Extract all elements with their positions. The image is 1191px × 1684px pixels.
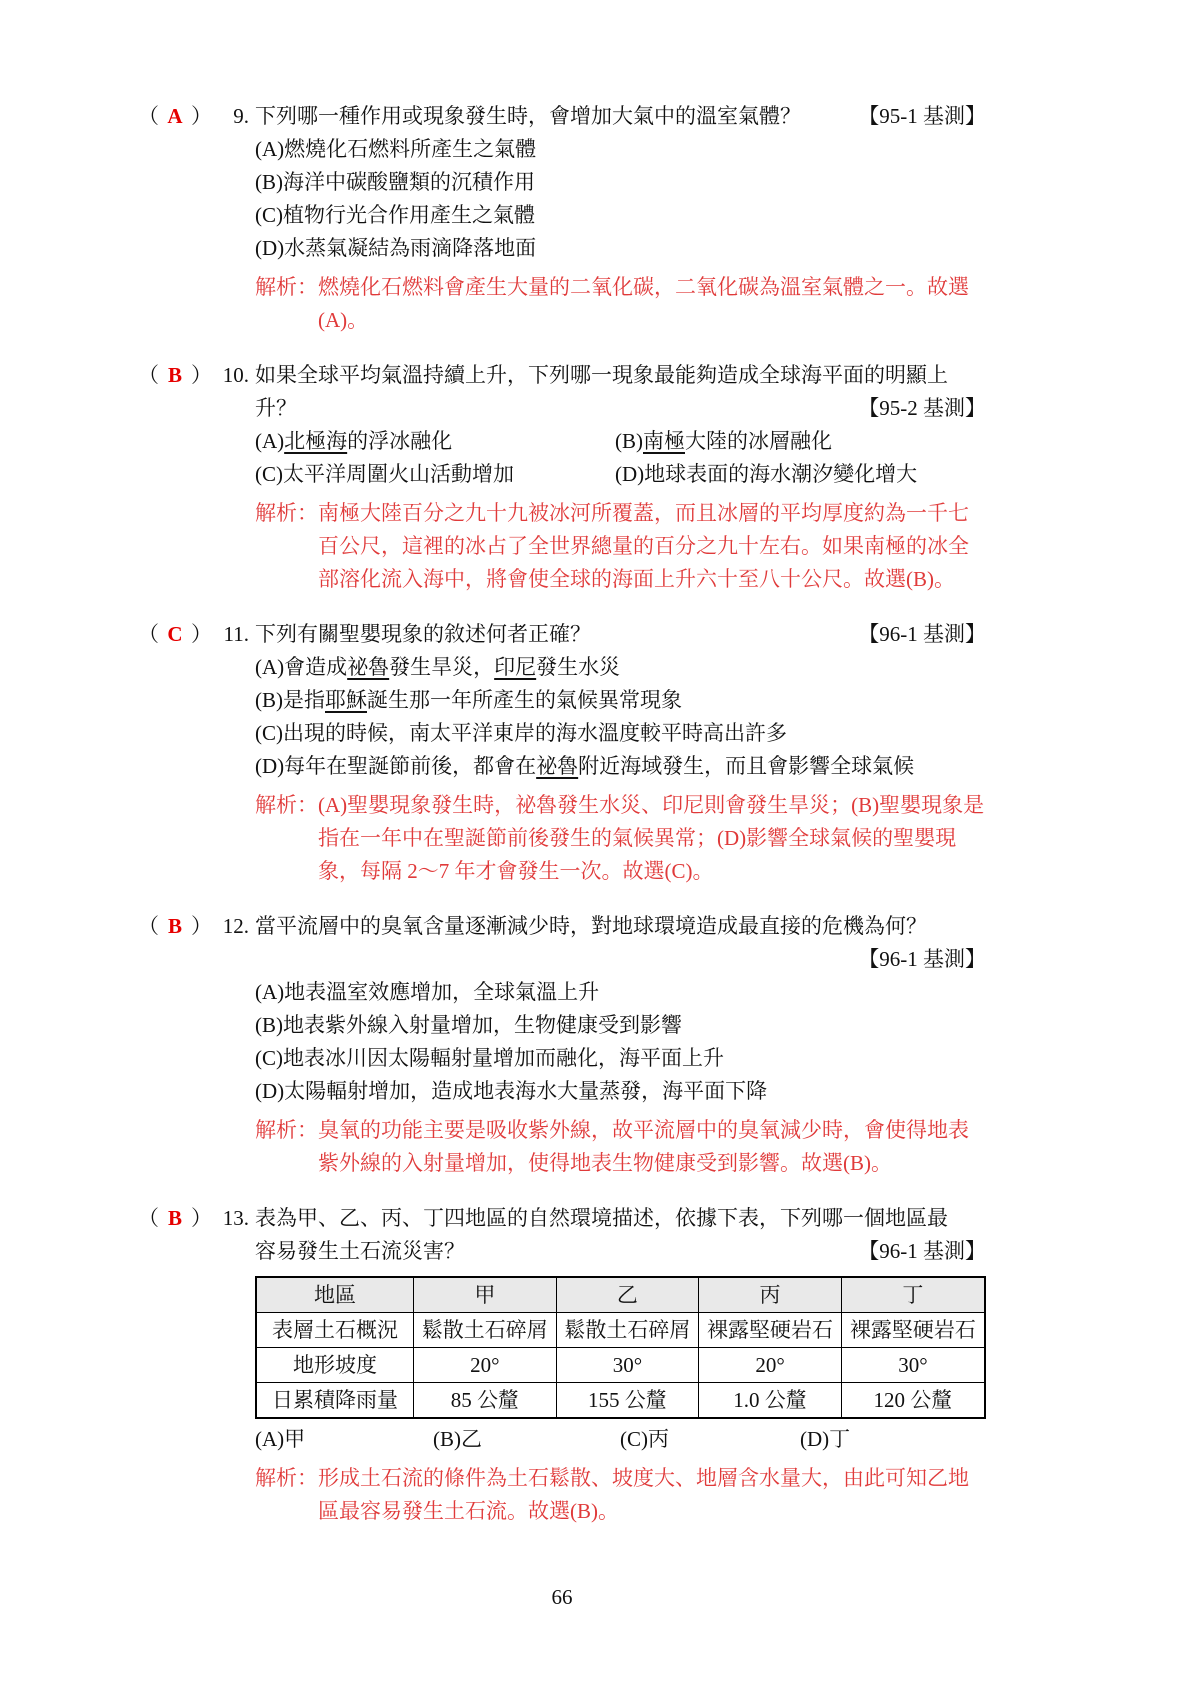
- question-stem: 如果全球平均氣溫持續上升，下列哪一現象最能夠造成全球海平面的明顯上: [255, 359, 986, 392]
- table-header-cell: 丁: [841, 1277, 985, 1313]
- answer-paren-close: ）: [191, 1202, 212, 1235]
- table-header-cell: 地區: [256, 1277, 414, 1313]
- option-c: (C)太平洋周圍火山活動增加: [255, 458, 615, 491]
- analysis-text: 臭氧的功能主要是吸收紫外線，故平流層中的臭氧減少時，會使得地表紫外線的入射量增加…: [318, 1114, 986, 1180]
- page-number: 66: [138, 1581, 986, 1614]
- analysis: 解析： 燃燒化石燃料會產生大量的二氧化碳，二氧化碳為溫室氣體之一。故選(A)。: [255, 271, 986, 337]
- question-number: 9.: [212, 100, 249, 133]
- table-row: 日累積降雨量 85 公釐 155 公釐 1.0 公釐 120 公釐: [256, 1383, 985, 1419]
- environment-table: 地區 甲 乙 丙 丁 表層土石概況 鬆散土石碎屑 鬆散土石碎屑 裸露堅硬岩石 裸…: [255, 1276, 986, 1419]
- table-header-row: 地區 甲 乙 丙 丁: [256, 1277, 985, 1313]
- exam-page: （ A ） 9. 下列哪一種作用或現象發生時，會增加大氣中的溫室氣體？ 【95-…: [0, 0, 1191, 1684]
- answer-paren-open: （: [138, 100, 159, 133]
- option-a: (A)地表溫室效應增加，全球氣溫上升: [255, 976, 986, 1009]
- question-number: 11.: [212, 618, 249, 651]
- table-cell: 155 公釐: [556, 1383, 699, 1419]
- answer-paren-open: （: [138, 910, 159, 943]
- analysis: 解析： 臭氧的功能主要是吸收紫外線，故平流層中的臭氧減少時，會使得地表紫外線的入…: [255, 1114, 986, 1180]
- analysis-text: 南極大陸百分之九十九被冰河所覆蓋，而且冰層的平均厚度約為一千七百公尺，這裡的冰占…: [318, 497, 986, 596]
- option-b: (B)南極大陸的冰層融化: [615, 425, 986, 458]
- option-list: (A)地表溫室效應增加，全球氣溫上升 (B)地表紫外線入射量增加，生物健康受到影…: [255, 976, 986, 1108]
- option-d: (D)每年在聖誕節前後，都會在祕魯附近海域發生，而且會影響全球氣候: [255, 750, 986, 783]
- table-cell: 1.0 公釐: [699, 1383, 842, 1419]
- question-header: （ B ） 13. 表為甲、乙、丙、丁四地區的自然環境描述，依據下表，下列哪一個…: [138, 1202, 986, 1235]
- table-cell: 裸露堅硬岩石: [699, 1313, 842, 1348]
- option-d: (D)太陽輻射增加，造成地表海水大量蒸發，海平面下降: [255, 1075, 986, 1108]
- option-a: (A)北極海的浮冰融化: [255, 425, 615, 458]
- analysis: 解析： (A)聖嬰現象發生時，祕魯發生水災、印尼則會發生旱災；(B)聖嬰現象是指…: [255, 789, 986, 888]
- answer-box: （ B ）: [138, 910, 212, 943]
- question-number: 10.: [212, 359, 249, 392]
- question-9: （ A ） 9. 下列哪一種作用或現象發生時，會增加大氣中的溫室氣體？ 【95-…: [138, 100, 986, 337]
- option-a: (A)燃燒化石燃料所產生之氣體: [255, 133, 986, 166]
- table-header-cell: 甲: [414, 1277, 557, 1313]
- answer-paren-close: ）: [191, 359, 212, 392]
- table-cell: 85 公釐: [414, 1383, 557, 1419]
- answer-letter: A: [167, 100, 182, 133]
- option-c: (C)出現的時候，南太平洋東岸的海水溫度較平時高出許多: [255, 717, 986, 750]
- table-cell: 120 公釐: [841, 1383, 985, 1419]
- question-header: （ C ） 11. 下列有關聖嬰現象的敘述何者正確？ 【96-1 基測】: [138, 618, 986, 651]
- question-stem-line2: 升？ 【95-2 基測】: [255, 392, 986, 425]
- option-b: (B)是指耶穌誕生那一年所產生的氣候異常現象: [255, 684, 986, 717]
- exam-source-tag: 【95-1 基測】: [858, 100, 986, 133]
- answer-letter: B: [168, 910, 182, 943]
- option-list: (A)燃燒化石燃料所產生之氣體 (B)海洋中碳酸鹽類的沉積作用 (C)植物行光合…: [255, 133, 986, 265]
- question-10: （ B ） 10. 如果全球平均氣溫持續上升，下列哪一現象最能夠造成全球海平面的…: [138, 359, 986, 596]
- option-c: (C)地表冰川因太陽輻射量增加而融化，海平面上升: [255, 1042, 986, 1075]
- question-stem: 下列有關聖嬰現象的敘述何者正確？: [255, 618, 858, 651]
- option-b: (B)地表紫外線入射量增加，生物健康受到影響: [255, 1009, 986, 1042]
- question-stem: 當平流層中的臭氧含量逐漸減少時，對地球環境造成最直接的危機為何？: [255, 910, 986, 943]
- table-header-cell: 丙: [699, 1277, 842, 1313]
- exam-source-tag: 【95-2 基測】: [858, 392, 986, 425]
- exam-source-tag: 【96-1 基測】: [858, 943, 986, 976]
- analysis-label: 解析：: [255, 1114, 318, 1180]
- analysis-text: (A)聖嬰現象發生時，祕魯發生水災、印尼則會發生旱災；(B)聖嬰現象是指在一年中…: [318, 789, 986, 888]
- analysis: 解析： 南極大陸百分之九十九被冰河所覆蓋，而且冰層的平均厚度約為一千七百公尺，這…: [255, 497, 986, 596]
- answer-box: （ B ）: [138, 1202, 212, 1235]
- answer-paren-open: （: [138, 618, 159, 651]
- table-row: 地形坡度 20° 30° 20° 30°: [256, 1348, 985, 1383]
- answer-paren-close: ）: [191, 100, 212, 133]
- option-list: (A)會造成祕魯發生旱災，印尼發生水災 (B)是指耶穌誕生那一年所產生的氣候異常…: [255, 651, 986, 783]
- table-cell: 地形坡度: [256, 1348, 414, 1383]
- table-cell: 鬆散土石碎屑: [414, 1313, 557, 1348]
- answer-paren-close: ）: [191, 910, 212, 943]
- answer-paren-open: （: [138, 1202, 159, 1235]
- table-cell: 日累積降雨量: [256, 1383, 414, 1419]
- table-cell: 30°: [556, 1348, 699, 1383]
- analysis-label: 解析：: [255, 1462, 318, 1528]
- question-stem-line2: 【96-1 基測】: [255, 943, 986, 976]
- answer-paren-open: （: [138, 359, 159, 392]
- question-stem: 表為甲、乙、丙、丁四地區的自然環境描述，依據下表，下列哪一個地區最: [255, 1202, 986, 1235]
- option-b: (B)乙: [433, 1423, 620, 1456]
- analysis-text: 形成土石流的條件為土石鬆散、坡度大、地層含水量大，由此可知乙地區最容易發生土石流…: [318, 1462, 986, 1528]
- analysis: 解析： 形成土石流的條件為土石鬆散、坡度大、地層含水量大，由此可知乙地區最容易發…: [255, 1462, 986, 1528]
- question-number: 12.: [212, 910, 249, 943]
- option-a: (A)甲: [255, 1423, 433, 1456]
- question-stem-continued: 容易發生土石流災害？: [255, 1235, 465, 1268]
- answer-letter: C: [167, 618, 182, 651]
- answer-letter: B: [168, 1202, 182, 1235]
- table-cell: 30°: [841, 1348, 985, 1383]
- table-cell: 20°: [699, 1348, 842, 1383]
- table-cell: 裸露堅硬岩石: [841, 1313, 985, 1348]
- table-cell: 鬆散土石碎屑: [556, 1313, 699, 1348]
- question-12: （ B ） 12. 當平流層中的臭氧含量逐漸減少時，對地球環境造成最直接的危機為…: [138, 910, 986, 1180]
- table-row: 表層土石概況 鬆散土石碎屑 鬆散土石碎屑 裸露堅硬岩石 裸露堅硬岩石: [256, 1313, 985, 1348]
- analysis-label: 解析：: [255, 497, 318, 596]
- question-11: （ C ） 11. 下列有關聖嬰現象的敘述何者正確？ 【96-1 基測】 (A)…: [138, 618, 986, 888]
- answer-box: （ B ）: [138, 359, 212, 392]
- answer-paren-close: ）: [191, 618, 212, 651]
- answer-box: （ C ）: [138, 618, 212, 651]
- option-d: (D)水蒸氣凝結為雨滴降落地面: [255, 232, 986, 265]
- option-list: (A)北極海的浮冰融化 (B)南極大陸的冰層融化 (C)太平洋周圍火山活動增加 …: [255, 425, 986, 491]
- table-cell: 20°: [414, 1348, 557, 1383]
- analysis-label: 解析：: [255, 271, 318, 337]
- analysis-text: 燃燒化石燃料會產生大量的二氧化碳，二氧化碳為溫室氣體之一。故選(A)。: [318, 271, 986, 337]
- option-d: (D)丁: [800, 1423, 986, 1456]
- question-header: （ B ） 10. 如果全球平均氣溫持續上升，下列哪一現象最能夠造成全球海平面的…: [138, 359, 986, 392]
- question-header: （ A ） 9. 下列哪一種作用或現象發生時，會增加大氣中的溫室氣體？ 【95-…: [138, 100, 986, 133]
- question-stem-continued: 升？: [255, 392, 297, 425]
- option-a: (A)會造成祕魯發生旱災，印尼發生水災: [255, 651, 986, 684]
- option-list: (A)甲 (B)乙 (C)丙 (D)丁: [255, 1423, 986, 1456]
- answer-letter: B: [168, 359, 182, 392]
- option-c: (C)植物行光合作用產生之氣體: [255, 199, 986, 232]
- question-13: （ B ） 13. 表為甲、乙、丙、丁四地區的自然環境描述，依據下表，下列哪一個…: [138, 1202, 986, 1528]
- exam-source-tag: 【96-1 基測】: [858, 618, 986, 651]
- option-b: (B)海洋中碳酸鹽類的沉積作用: [255, 166, 986, 199]
- table-cell: 表層土石概況: [256, 1313, 414, 1348]
- table-header-cell: 乙: [556, 1277, 699, 1313]
- question-header: （ B ） 12. 當平流層中的臭氧含量逐漸減少時，對地球環境造成最直接的危機為…: [138, 910, 986, 943]
- question-stem: 下列哪一種作用或現象發生時，會增加大氣中的溫室氣體？: [255, 100, 858, 133]
- question-stem-line2: 容易發生土石流災害？ 【96-1 基測】: [255, 1235, 986, 1268]
- exam-source-tag: 【96-1 基測】: [858, 1235, 986, 1268]
- answer-box: （ A ）: [138, 100, 212, 133]
- option-d: (D)地球表面的海水潮汐變化增大: [615, 458, 986, 491]
- analysis-label: 解析：: [255, 789, 318, 888]
- option-c: (C)丙: [620, 1423, 800, 1456]
- question-number: 13.: [212, 1202, 249, 1235]
